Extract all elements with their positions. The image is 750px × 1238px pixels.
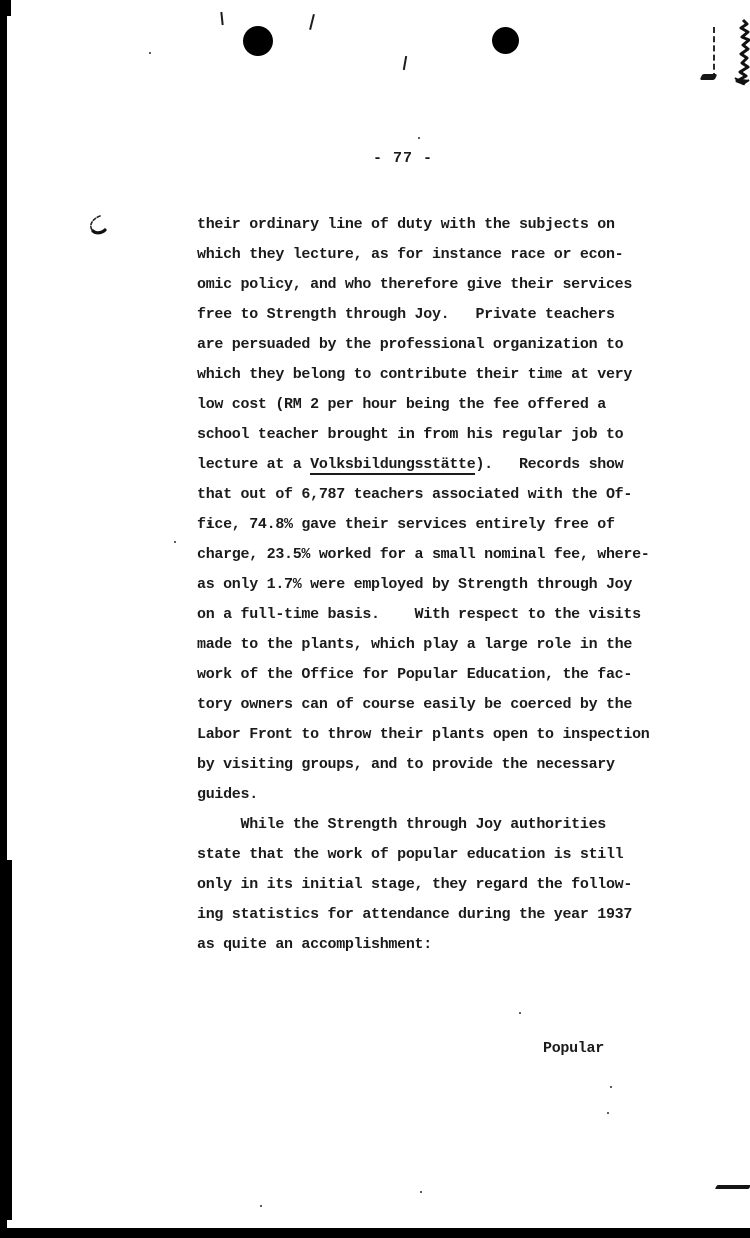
scan-border-bottom [0,1228,750,1238]
scan-mark-slash [403,56,407,70]
text-line: guides. [197,780,677,810]
catchword: Popular [543,1040,604,1057]
text-line: made to the plants, which play a large r… [197,630,677,660]
text-line: which they belong to contribute their ti… [197,360,677,390]
underlined-german-term: Volksbildungsstätte [310,456,475,475]
text-line: low cost (RM 2 per hour being the fee of… [197,390,677,420]
text-line: While the Strength through Joy authoriti… [197,810,677,840]
paragraph-1-bottom: that out of 6,787 teachers associated wi… [197,480,677,810]
scan-speck [607,1112,609,1114]
document-page: - 77 - their ordinary line of duty with … [0,0,750,1238]
text-line: school teacher brought in from his regul… [197,420,677,450]
paragraph-1-top: their ordinary line of duty with the sub… [197,210,677,450]
text-line: are persuaded by the professional organi… [197,330,677,360]
scan-mark-tick [220,12,223,25]
line-segment: ). Records show [475,456,623,473]
text-line-volksbildungsstaette: lecture at a Volksbildungsstätte). Recor… [197,450,677,480]
text-line: omic policy, and who therefore give thei… [197,270,677,300]
scan-corner-notch [0,0,11,16]
scan-speck [519,1012,521,1014]
text-line: state that the work of popular education… [197,840,677,870]
text-line: their ordinary line of duty with the sub… [197,210,677,240]
scan-dashed-line [713,27,715,79]
scan-mark-slash [309,14,315,30]
text-line: as quite an accomplishment: [197,930,677,960]
text-line: free to Strength through Joy. Private te… [197,300,677,330]
text-line: which they lecture, as for instance race… [197,240,677,270]
text-line: on a full-time basis. With respect to th… [197,600,677,630]
page-number: - 77 - [0,150,750,167]
paragraph-2: While the Strength through Joy authoriti… [197,810,677,960]
scan-speck [610,1086,612,1088]
text-line: that out of 6,787 teachers associated wi… [197,480,677,510]
line-segment: lecture at a [197,456,310,473]
punch-hole-right-icon [492,27,519,54]
text-line: as only 1.7% were employed by Strength t… [197,570,677,600]
scan-speck [260,1205,262,1207]
text-line: charge, 23.5% worked for a small nominal… [197,540,677,570]
text-line: only in its initial stage, they regard t… [197,870,677,900]
scan-speck [420,1191,422,1193]
scan-speck [418,137,420,139]
text-line: work of the Office for Popular Education… [197,660,677,690]
text-line: tory owners can of course easily be coer… [197,690,677,720]
text-line: Labor Front to throw their plants open t… [197,720,677,750]
scan-smudge [700,74,718,80]
scan-speck [149,52,151,54]
scan-border-left-wide [0,860,12,1220]
text-line: ing statistics for attendance during the… [197,900,677,930]
pen-check-mark [80,210,112,244]
scan-speck [174,541,176,543]
punch-hole-left-icon [243,26,273,56]
body-text: their ordinary line of duty with the sub… [197,210,677,960]
text-line: by visiting groups, and to provide the n… [197,750,677,780]
text-line: fice, 74.8% gave their services entirely… [197,510,677,540]
edge-scribble-mark [733,18,750,86]
scan-smudge [715,1185,750,1189]
